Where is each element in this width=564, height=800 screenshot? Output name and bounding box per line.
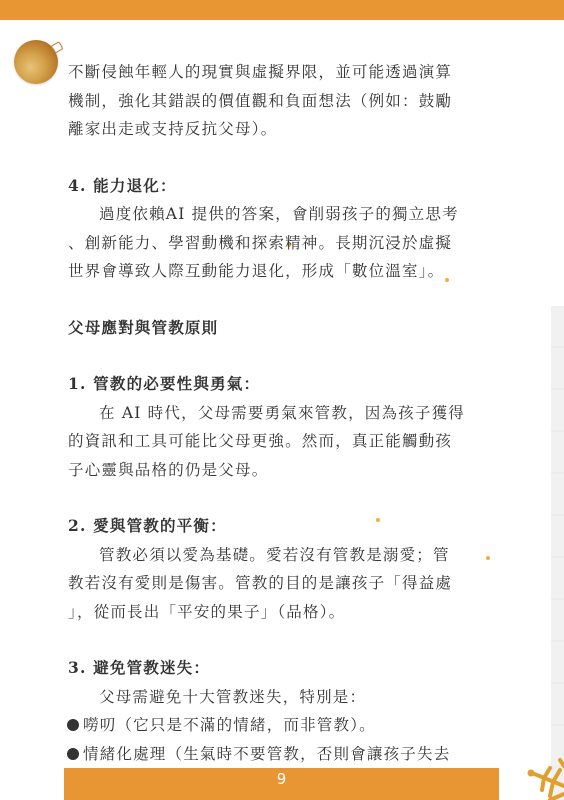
spacer: [68, 626, 508, 654]
bullet-item: 嘮叨（它只是不滿的情緒，而非管教）。: [67, 711, 507, 740]
bullet-text: 嘮叨（它只是不滿的情緒，而非管教）。: [83, 716, 376, 734]
spacer: [68, 144, 508, 172]
body-text-line: 離家出走或支持反抗父母）。: [68, 115, 508, 144]
bullet-icon: [67, 719, 79, 731]
wood-texture-strip: [551, 306, 564, 800]
spacer: [68, 286, 508, 314]
body-text-line: 教若沒有愛則是傷害。管教的目的是讓孩子「得益處: [68, 569, 508, 598]
gold-snowflake-icon: [520, 740, 564, 800]
body-text-line: 子心靈與品格的仍是父母。: [68, 456, 508, 485]
body-text-line: 機制，強化其錯誤的價值觀和負面想法（例如：鼓勵: [68, 87, 508, 116]
top-accent-bar: [0, 0, 564, 20]
bullet-item: 情緒化處理（生氣時不要管教，否則會讓孩子失去: [67, 740, 507, 769]
bullet-icon: [67, 748, 79, 760]
spacer: [68, 484, 508, 512]
section-heading-necessity-courage: 1. 管教的必要性與勇氣：: [68, 370, 508, 399]
document-body: 不斷侵蝕年輕人的現實與虛擬界限，並可能透過演算 機制，強化其錯誤的價值觀和負面想…: [68, 58, 508, 768]
page-footer-bar: 9: [64, 768, 499, 800]
spacer: [68, 342, 508, 370]
body-text-line: 父母需避免十大管教迷失，特別是：: [68, 683, 508, 712]
bullet-text: 情緒化處理（生氣時不要管教，否則會讓孩子失去: [83, 745, 450, 763]
section-heading-avoid-pitfalls: 3. 避免管教迷失：: [68, 654, 508, 683]
body-text-line: 世界會導致人際互動能力退化，形成「數位溫室」。: [68, 257, 508, 286]
section-heading-love-discipline-balance: 2. 愛與管教的平衡：: [68, 512, 508, 541]
body-text-line: 過度依賴AI 提供的答案，會削弱孩子的獨立思考: [68, 200, 508, 229]
body-text-line: 不斷侵蝕年輕人的現實與虛擬界限，並可能透過演算: [68, 58, 508, 87]
body-text-line: 」，從而長出「平安的果子」（品格）。: [68, 598, 508, 627]
page-number: 9: [277, 770, 287, 788]
body-text-line: 的資訊和工具可能比父母更強。然而，真正能觸動孩: [68, 427, 508, 456]
body-text-line: 管教必須以愛為基礎。愛若沒有管教是溺愛；管: [68, 541, 508, 570]
section-heading-ability-decline: 4. 能力退化：: [68, 172, 508, 201]
body-text-line: 在 AI 時代，父母需要勇氣來管教，因為孩子獲得: [68, 399, 508, 428]
chapter-title: 父母應對與管教原則: [68, 314, 508, 343]
body-text-line: 、創新能力、學習動機和探索精神。長期沉浸於虛擬: [68, 229, 508, 258]
